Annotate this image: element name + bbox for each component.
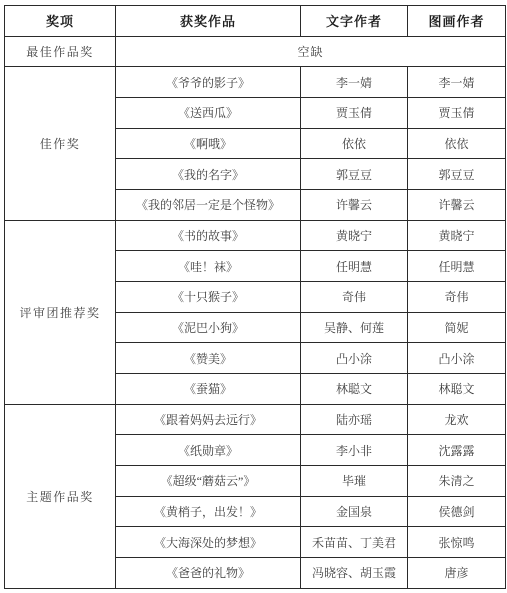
awards-table-body: 最佳作品奖空缺佳作奖《爷爷的影子》李一婧李一婧《送西瓜》贾玉倩贾玉倩《啊哦》依依… (5, 36, 506, 588)
col-header-picture-author: 图画作者 (408, 6, 506, 37)
table-row: 最佳作品奖空缺 (5, 36, 506, 67)
vacant-cell: 空缺 (116, 36, 506, 67)
work-cell: 《书的故事》 (116, 220, 301, 251)
picture-author-cell: 朱清之 (408, 466, 506, 497)
picture-author-cell: 张惊鸣 (408, 527, 506, 558)
picture-author-cell: 侯德剑 (408, 496, 506, 527)
picture-author-cell: 林聪文 (408, 374, 506, 405)
awards-table: 奖项 获奖作品 文字作者 图画作者 最佳作品奖空缺佳作奖《爷爷的影子》李一婧李一… (4, 5, 506, 589)
text-author-cell: 凸小涂 (301, 343, 408, 374)
award-cell: 评审团推荐奖 (5, 220, 116, 404)
work-cell: 《哇！袜》 (116, 251, 301, 282)
work-cell: 《十只猴子》 (116, 282, 301, 313)
picture-author-cell: 黄晓宁 (408, 220, 506, 251)
table-row: 佳作奖《爷爷的影子》李一婧李一婧 (5, 67, 506, 98)
work-cell: 《大海深处的梦想》 (116, 527, 301, 558)
awards-table-container: 奖项 获奖作品 文字作者 图画作者 最佳作品奖空缺佳作奖《爷爷的影子》李一婧李一… (4, 5, 506, 589)
picture-author-cell: 奇伟 (408, 282, 506, 313)
text-author-cell: 黄晓宁 (301, 220, 408, 251)
picture-author-cell: 凸小涂 (408, 343, 506, 374)
text-author-cell: 林聪文 (301, 374, 408, 405)
award-cell: 佳作奖 (5, 67, 116, 220)
table-row: 主题作品奖《跟着妈妈去远行》陆亦瑶龙欢 (5, 404, 506, 435)
picture-author-cell: 郭豆豆 (408, 159, 506, 190)
work-cell: 《超级“蘑菇云”》 (116, 466, 301, 497)
picture-author-cell: 依依 (408, 128, 506, 159)
work-cell: 《啊哦》 (116, 128, 301, 159)
picture-author-cell: 沈露露 (408, 435, 506, 466)
text-author-cell: 冯晓容、胡玉霞 (301, 558, 408, 589)
work-cell: 《跟着妈妈去远行》 (116, 404, 301, 435)
picture-author-cell: 简妮 (408, 312, 506, 343)
work-cell: 《我的邻居一定是个怪物》 (116, 190, 301, 221)
text-author-cell: 李一婧 (301, 67, 408, 98)
picture-author-cell: 许馨云 (408, 190, 506, 221)
text-author-cell: 贾玉倩 (301, 98, 408, 129)
picture-author-cell: 唐彦 (408, 558, 506, 589)
header-row: 奖项 获奖作品 文字作者 图画作者 (5, 6, 506, 37)
work-cell: 《蚕猫》 (116, 374, 301, 405)
text-author-cell: 奇伟 (301, 282, 408, 313)
col-header-award: 奖项 (5, 6, 116, 37)
text-author-cell: 陆亦瑶 (301, 404, 408, 435)
text-author-cell: 金国泉 (301, 496, 408, 527)
col-header-work: 获奖作品 (116, 6, 301, 37)
text-author-cell: 任明慧 (301, 251, 408, 282)
text-author-cell: 吴静、何莲 (301, 312, 408, 343)
col-header-text-author: 文字作者 (301, 6, 408, 37)
award-cell: 最佳作品奖 (5, 36, 116, 67)
picture-author-cell: 贾玉倩 (408, 98, 506, 129)
awards-table-header: 奖项 获奖作品 文字作者 图画作者 (5, 6, 506, 37)
work-cell: 《泥巴小狗》 (116, 312, 301, 343)
work-cell: 《爷爷的影子》 (116, 67, 301, 98)
work-cell: 《纸勋章》 (116, 435, 301, 466)
work-cell: 《我的名字》 (116, 159, 301, 190)
text-author-cell: 郭豆豆 (301, 159, 408, 190)
text-author-cell: 依依 (301, 128, 408, 159)
text-author-cell: 禾苗苗、丁美君 (301, 527, 408, 558)
picture-author-cell: 李一婧 (408, 67, 506, 98)
work-cell: 《送西瓜》 (116, 98, 301, 129)
picture-author-cell: 任明慧 (408, 251, 506, 282)
award-cell: 主题作品奖 (5, 404, 116, 588)
text-author-cell: 许馨云 (301, 190, 408, 221)
table-row: 评审团推荐奖《书的故事》黄晓宁黄晓宁 (5, 220, 506, 251)
work-cell: 《爸爸的礼物》 (116, 558, 301, 589)
picture-author-cell: 龙欢 (408, 404, 506, 435)
text-author-cell: 毕璀 (301, 466, 408, 497)
work-cell: 《赞美》 (116, 343, 301, 374)
text-author-cell: 李小非 (301, 435, 408, 466)
work-cell: 《黄梢子，出发！》 (116, 496, 301, 527)
